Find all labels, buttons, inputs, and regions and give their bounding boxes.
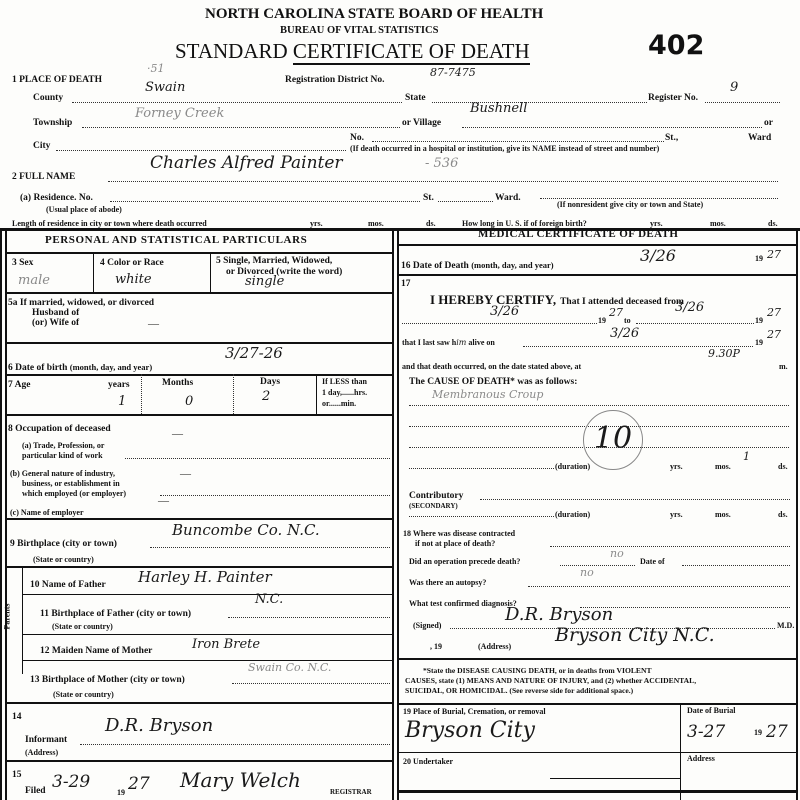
signed-label: (Signed) (413, 621, 441, 630)
register-no-label: Register No. (648, 93, 698, 103)
street-label: St., (665, 133, 678, 143)
certify-statement: I HEREBY CERTIFY, That I attended deceas… (430, 291, 684, 309)
father-value: Harley H. Painter (138, 568, 272, 586)
nonresident-note: (If nonresident give city or town and St… (557, 200, 703, 209)
cause-footnote: *State the DISEASE CAUSING DEATH, or in … (405, 666, 696, 696)
date-of-death-value: 3/26 (640, 246, 676, 265)
occupation-label: 8 Occupation of deceased (8, 424, 111, 434)
father-birthplace-sub: (State or country) (52, 622, 113, 631)
filed-year-prefix: 19 (117, 788, 125, 797)
q18-label: 18 Where was disease contracted if not a… (403, 529, 515, 549)
father-birthplace-label: 11 Birthplace of Father (city or town) (40, 609, 191, 619)
occ-a-label: (a) Trade, Profession, or particular kin… (22, 441, 104, 461)
race-value: white (115, 272, 152, 287)
sex-value: male (18, 273, 50, 288)
parents-label: Parents (3, 603, 12, 629)
street-no-label: No. (350, 133, 364, 143)
margin-note: ·51 (147, 62, 165, 75)
contributory-ds: ds. (778, 510, 788, 519)
attended-from-value: 3/26 (490, 304, 519, 319)
contributory-yrs: yrs. (670, 510, 683, 519)
foreign-yrs-label: yrs. (650, 219, 663, 228)
father-birthplace-value: N.C. (255, 592, 283, 607)
burial-year-prefix: 19 (754, 728, 762, 737)
medical-section-title: MEDICAL CERTIFICATE OF DEATH (478, 228, 678, 240)
filed-number: 15 (12, 770, 22, 780)
certify-number: 17 (401, 279, 411, 289)
duration-mos: mos. (715, 462, 731, 471)
spouse-value: — (148, 318, 159, 330)
bureau-heading: BUREAU OF VITAL STATISTICS (280, 25, 438, 36)
operation-date-label: Date of (640, 557, 665, 566)
length-residence-label: Length of residence in city or town wher… (12, 219, 207, 228)
mother-birthplace-label: 13 Birthplace of Mother (city or town) (30, 675, 185, 685)
full-name-value: Charles Alfred Painter (150, 153, 343, 173)
to-label: to (624, 316, 631, 325)
mos-label: mos. (368, 219, 384, 228)
death-time-suffix: m. (779, 362, 788, 371)
filed-year-value: 27 (128, 774, 150, 794)
age-days-label: Days (260, 377, 280, 387)
sex-label: 3 Sex (12, 258, 33, 268)
age-years-value: 1 (118, 394, 126, 409)
occ-c-label: (c) Name of employer (10, 508, 84, 517)
md-label: M.D. (777, 621, 794, 630)
birthplace-sub: (State or country) (33, 555, 94, 564)
dod-year-prefix: 19 (755, 254, 763, 263)
reg-district-label: Registration District No. (285, 75, 384, 85)
age-months-label: Months (162, 378, 193, 388)
yrs-label: yrs. (310, 219, 323, 228)
undertaker-address-label: Address (687, 754, 715, 763)
full-name-note: - 536 (425, 156, 458, 171)
contributory-duration-label: (duration) (555, 510, 590, 519)
informant-address-label: (Address) (25, 748, 58, 757)
death-certificate: NORTH CAROLINA STATE BOARD OF HEALTH BUR… (0, 0, 800, 800)
informant-value: D.R. Bryson (105, 715, 213, 736)
age-less-label: If LESS than 1 day,......hrs. or......mi… (322, 376, 367, 409)
last-saw-year: 27 (767, 328, 781, 341)
physician-year-label: , 19 (430, 642, 442, 651)
contributory-label: Contributory (409, 491, 463, 501)
last-saw-label: that I last saw him alive on (402, 338, 495, 347)
registrar-label: REGISTRAR (330, 788, 372, 796)
board-heading: NORTH CAROLINA STATE BOARD OF HEALTH (205, 6, 543, 23)
certificate-number: 402 (648, 30, 704, 61)
mother-value: Iron Brete (192, 637, 260, 652)
death-time-label: and that death occurred, on the date sta… (402, 362, 581, 371)
title-main: CERTIFICATE OF DEATH (293, 39, 530, 65)
last-saw-year-prefix: 19 (755, 338, 763, 347)
filed-label: Filed (25, 786, 46, 796)
personal-section-title: PERSONAL AND STATISTICAL PARTICULARS (45, 234, 307, 246)
township-value: Forney Creek (135, 106, 224, 121)
operation-label: Did an operation precede death? (409, 557, 520, 566)
residence-st-label: St. (423, 193, 434, 203)
or-label: or (764, 118, 773, 128)
ward-label: Ward (748, 133, 771, 143)
mother-birthplace-sub: (State or country) (53, 690, 114, 699)
age-days-value: 2 (262, 389, 270, 404)
dob-label: 6 Date of birth (month, day, and year) (8, 362, 152, 373)
burial-place-label: 19 Place of Burial, Cremation, or remova… (403, 707, 546, 716)
attended-to-value: 3/26 (675, 300, 704, 315)
state-label: State (405, 93, 426, 103)
burial-date-value: 3-27 (687, 722, 725, 742)
county-label: County (33, 93, 63, 103)
autopsy-value: no (580, 566, 594, 579)
age-years-label: years (108, 380, 130, 390)
duration-label: (duration) (555, 462, 590, 471)
certificate-title: STANDARD CERTIFICATE OF DEATH (175, 39, 530, 64)
cause-circled-code: 10 (583, 410, 643, 470)
test-confirmed-label: What test confirmed diagnosis? (409, 599, 517, 608)
contributory-mos: mos. (715, 510, 731, 519)
register-no-value: 9 (730, 80, 738, 95)
attended-from-year: 27 (609, 306, 623, 319)
filed-date-value: 3-29 (52, 772, 90, 792)
city-label: City (33, 141, 50, 151)
township-label: Township (33, 118, 72, 128)
title-prefix: STANDARD (175, 39, 288, 63)
operation-value: no (610, 547, 624, 560)
dob-value: 3/27-26 (225, 344, 283, 362)
occ-a-value: — (172, 428, 183, 440)
marital-value: single (245, 274, 284, 289)
cause-of-death-label: The CAUSE OF DEATH* was as follows: (409, 377, 577, 387)
burial-place-value: Bryson City (405, 718, 535, 743)
secondary-label: (SECONDARY) (409, 502, 458, 510)
residence-ward-label: Ward. (495, 193, 521, 203)
age-label: 7 Age (8, 380, 30, 390)
ds-label: ds. (426, 219, 436, 228)
residence-sub: (Usual place of abode) (46, 205, 122, 214)
death-time-value: 9.30P (708, 347, 740, 360)
informant-number: 14 (12, 712, 22, 722)
occ-b-label: (b) General nature of industry, business… (10, 469, 126, 499)
full-name-label: 2 FULL NAME (12, 172, 75, 182)
birthplace-label: 9 Birthplace (city or town) (10, 539, 117, 549)
undertaker-label: 20 Undertaker (403, 757, 453, 766)
autopsy-label: Was there an autopsy? (409, 578, 486, 587)
occ-c-value: — (158, 495, 169, 507)
burial-date-label: Date of Burial (687, 706, 735, 715)
registrar-signature: Mary Welch (180, 768, 301, 792)
father-label: 10 Name of Father (30, 580, 106, 590)
attended-to-year-prefix: 19 (755, 316, 763, 325)
foreign-ds-label: ds. (768, 219, 778, 228)
residence-label: (a) Residence. No. (20, 193, 93, 203)
hospital-note: (If death occurred in a hospital or inst… (350, 144, 659, 153)
attended-to-year: 27 (767, 306, 781, 319)
physician-signature: D.R. Bryson (505, 604, 613, 625)
burial-year-value: 27 (766, 722, 788, 742)
occ-b-value: — (180, 468, 191, 480)
date-of-death-label: 16 Date of Death (month, day, and year) (401, 260, 554, 271)
physician-address-value: Bryson City N.C. (555, 624, 715, 646)
mother-birthplace-value: Swain Co. N.C. (248, 661, 331, 674)
attended-from-year-prefix: 19 (598, 316, 606, 325)
reg-district-value: 87-7475 (430, 66, 476, 79)
duration-yrs: yrs. (670, 462, 683, 471)
physician-address-label: (Address) (478, 642, 511, 651)
mother-label: 12 Maiden Name of Mother (40, 646, 152, 656)
dod-year-value: 27 (767, 248, 781, 261)
last-saw-value: 3/26 (610, 326, 639, 341)
spouse-label: 5a If married, widowed, or divorced Husb… (8, 298, 154, 328)
birthplace-value: Buncombe Co. N.C. (172, 521, 320, 539)
age-months-value: 0 (185, 394, 193, 409)
foreign-birth-label: How long in U. S. if of foreign birth? (462, 219, 587, 228)
village-label: or Village (402, 118, 441, 128)
county-value: Swain (145, 80, 185, 95)
foreign-mos-label: mos. (710, 219, 726, 228)
village-value: Bushnell (470, 101, 527, 116)
cause-of-death-value: Membranous Croup (432, 388, 543, 401)
duration-ds: ds. (778, 462, 788, 471)
race-label: 4 Color or Race (100, 258, 164, 268)
informant-label: Informant (25, 735, 67, 745)
duration-value: 1 (743, 450, 750, 463)
place-of-death-label: 1 PLACE OF DEATH (12, 75, 102, 85)
